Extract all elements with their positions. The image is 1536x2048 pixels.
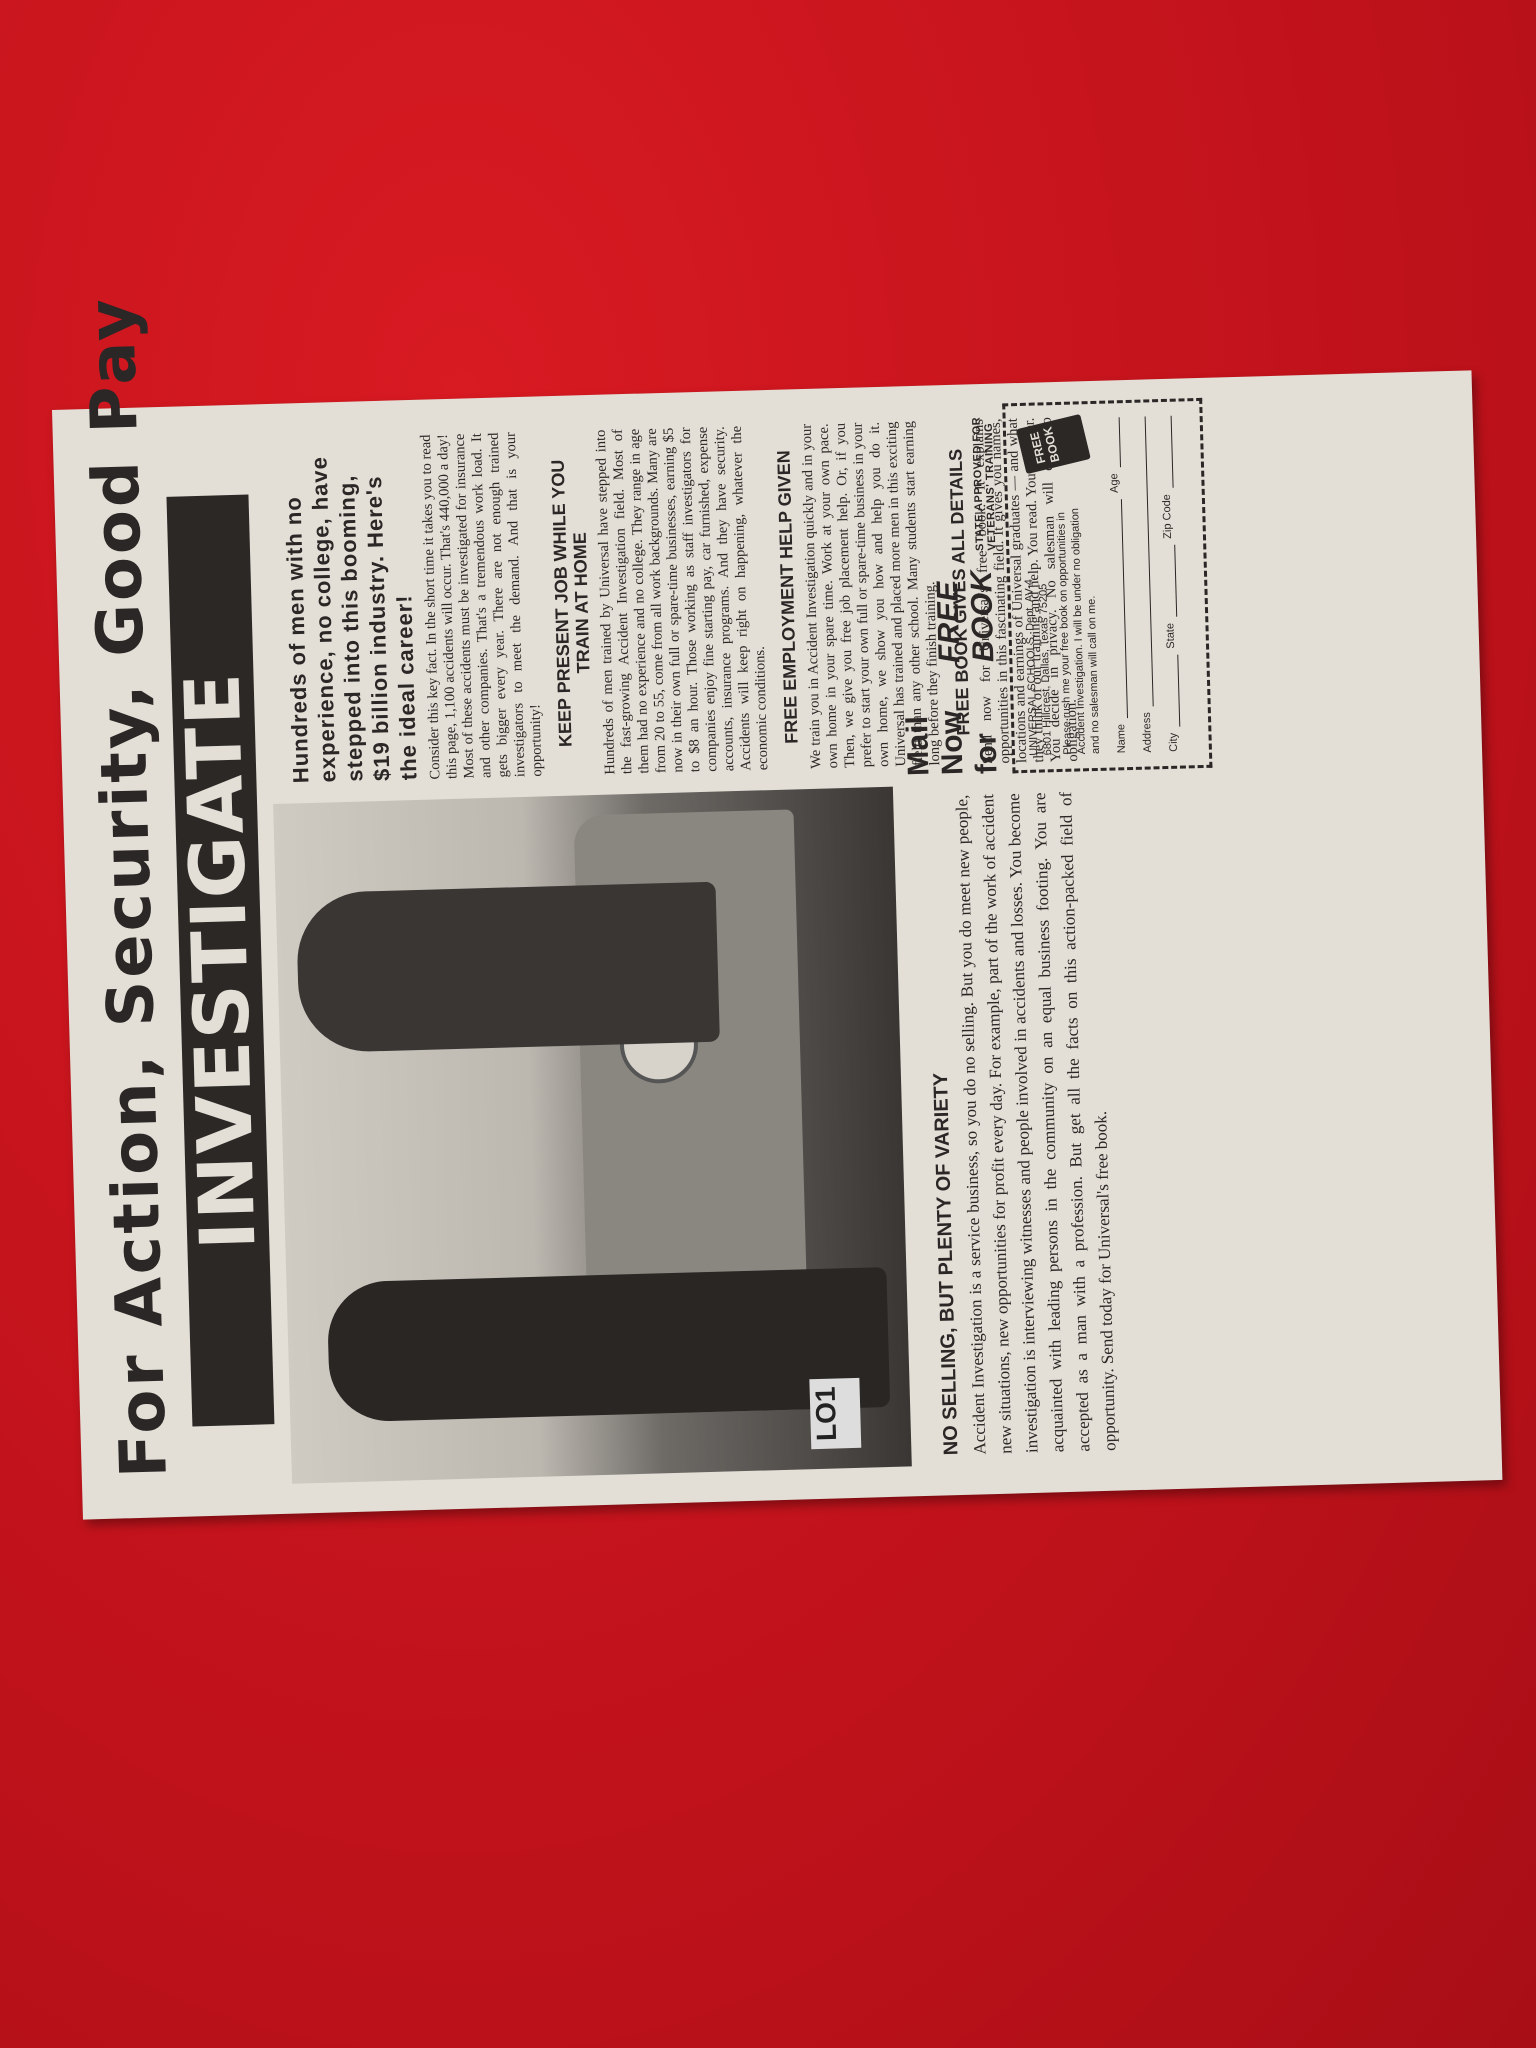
- state-field[interactable]: [1164, 545, 1177, 618]
- intro-paragraph: Consider this key fact. In the short tim…: [418, 431, 547, 779]
- name-field[interactable]: [1111, 499, 1128, 718]
- section-heading: KEEP PRESENT JOB WHILE YOU TRAIN AT HOME: [547, 430, 597, 776]
- city-label: City: [1166, 733, 1181, 752]
- tagline: For Action, Security, Good Pay: [75, 295, 182, 1479]
- ad-page: For Action, Security, Good Pay INVESTIGA…: [43, 69, 1192, 1519]
- address-label: Address: [1140, 712, 1155, 753]
- age-label: Age: [1107, 473, 1122, 493]
- veterans-approval: STATE APPROVED FOR VETERANS' TRAINING: [970, 404, 998, 551]
- state-label: State: [1163, 623, 1178, 649]
- license-plate: LO1: [809, 1378, 861, 1449]
- coupon-heading-prefix: Mail Now for: [900, 672, 1005, 777]
- name-label: Name: [1114, 724, 1129, 754]
- woman-figure: [326, 1267, 890, 1423]
- magazine-back-cover: For Action, Security, Good Pay INVESTIGA…: [52, 370, 1502, 1519]
- man-figure: [296, 882, 720, 1054]
- ad-photo: LO1: [273, 787, 912, 1484]
- name-age-row: Name Age: [1106, 417, 1129, 753]
- headline-banner: INVESTIGATE ACCIDENTS: [166, 495, 274, 1427]
- address-row: Address: [1132, 416, 1155, 752]
- coupon-heading: Mail Now for FREE BOOK STATE APPROVED FO…: [892, 404, 1004, 777]
- bottom-column: NO SELLING, BUT PLENTY OF VARIETY Accide…: [913, 791, 1123, 1456]
- age-field[interactable]: [1109, 417, 1121, 467]
- address-field[interactable]: [1135, 416, 1154, 706]
- section-heading: FREE EMPLOYMENT HELP GIVEN: [773, 424, 803, 769]
- mail-coupon-section: Mail Now for FREE BOOK STATE APPROVED FO…: [892, 398, 1212, 777]
- section-body: Hundreds of men trained by Universal hav…: [593, 425, 773, 775]
- zip-field[interactable]: [1161, 416, 1174, 489]
- coupon-heading-emph: FREE BOOK: [931, 560, 1002, 663]
- coupon-form[interactable]: FREE BOOK UNIVERSAL SCHOOLS, Dept. AV-4 …: [1002, 398, 1212, 773]
- lead-paragraph: Hundreds of men with no experience, no c…: [278, 440, 422, 784]
- zip-label: Zip Code: [1160, 494, 1175, 539]
- request-text: Please rush me your free book on opportu…: [1054, 494, 1103, 755]
- city-state-zip-row: City State Zip Code: [1158, 416, 1181, 752]
- bottom-body: Accident Investigation is a service busi…: [949, 791, 1123, 1455]
- rotated-content: For Action, Security, Good Pay INVESTIGA…: [52, 370, 1502, 1519]
- city-field[interactable]: [1167, 654, 1180, 727]
